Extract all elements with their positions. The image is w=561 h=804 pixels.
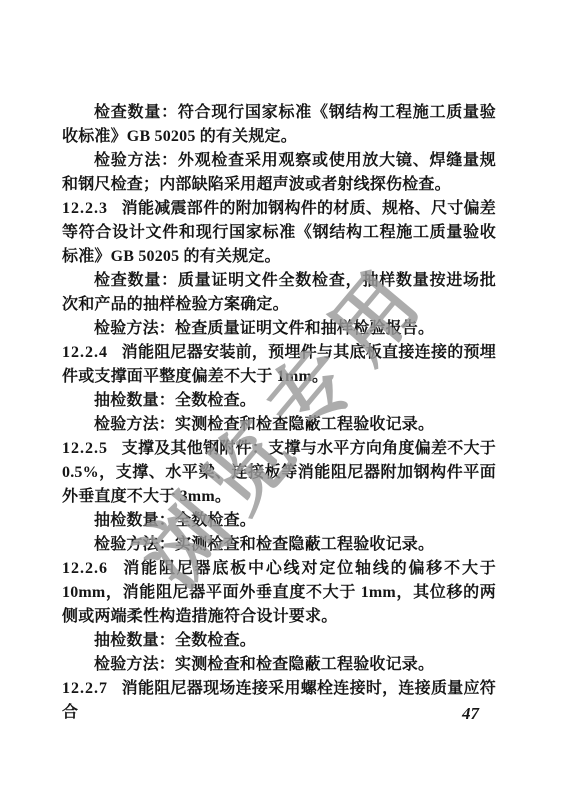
- clause-paragraph: 12.2.6消能阻尼器底板中心线对定位轴线的偏移不大于 10mm，消能阻尼器平面…: [62, 557, 496, 629]
- clause-number: 12.2.4: [62, 344, 108, 361]
- page-number: 47: [462, 704, 479, 724]
- document-page: 浏览专用 检查数量：符合现行国家标准《钢结构工程施工质量验收标准》GB 5020…: [0, 0, 561, 804]
- body-paragraph: 检验方法：实测检查和检查隐蔽工程验收记录。: [62, 653, 496, 677]
- clause-number: 12.2.6: [62, 560, 108, 577]
- clause-number: 12.2.7: [62, 680, 108, 697]
- body-paragraph: 抽检数量：全数检查。: [62, 629, 496, 653]
- body-paragraph: 抽检数量：全数检查。: [62, 509, 496, 533]
- body-paragraph: 检验方法：外观检查采用观察或使用放大镜、焊缝量规和钢尺检查；内部缺陷采用超声波或…: [62, 149, 496, 197]
- clause-paragraph: 12.2.7消能阻尼器现场连接采用螺栓连接时，连接质量应符合: [62, 677, 496, 725]
- clause-paragraph: 12.2.3消能减震部件的附加钢构件的材质、规格、尺寸偏差等符合设计文件和现行国…: [62, 197, 496, 269]
- clause-paragraph: 12.2.4消能阻尼器安装前，预埋件与其底板直接连接的预埋件或支撑面平整度偏差不…: [62, 341, 496, 389]
- body-paragraph: 检查数量：符合现行国家标准《钢结构工程施工质量验收标准》GB 50205 的有关…: [62, 101, 496, 149]
- body-paragraph: 检验方法：实测检查和检查隐蔽工程验收记录。: [62, 413, 496, 437]
- clause-number: 12.2.3: [62, 200, 108, 217]
- body-paragraph: 检验方法：实测检查和检查隐蔽工程验收记录。: [62, 533, 496, 557]
- body-paragraph: 抽检数量：全数检查。: [62, 389, 496, 413]
- paragraphs-container: 检查数量：符合现行国家标准《钢结构工程施工质量验收标准》GB 50205 的有关…: [62, 101, 496, 725]
- clause-number: 12.2.5: [62, 440, 108, 457]
- clause-paragraph: 12.2.5支撑及其他钢附件：支撑与水平方向角度偏差不大于 0.5%，支撑、水平…: [62, 437, 496, 509]
- body-paragraph: 检验方法：检查质量证明文件和抽样检验报告。: [62, 317, 496, 341]
- body-paragraph: 检查数量：质量证明文件全数检查，抽样数量按进场批次和产品的抽样检验方案确定。: [62, 269, 496, 317]
